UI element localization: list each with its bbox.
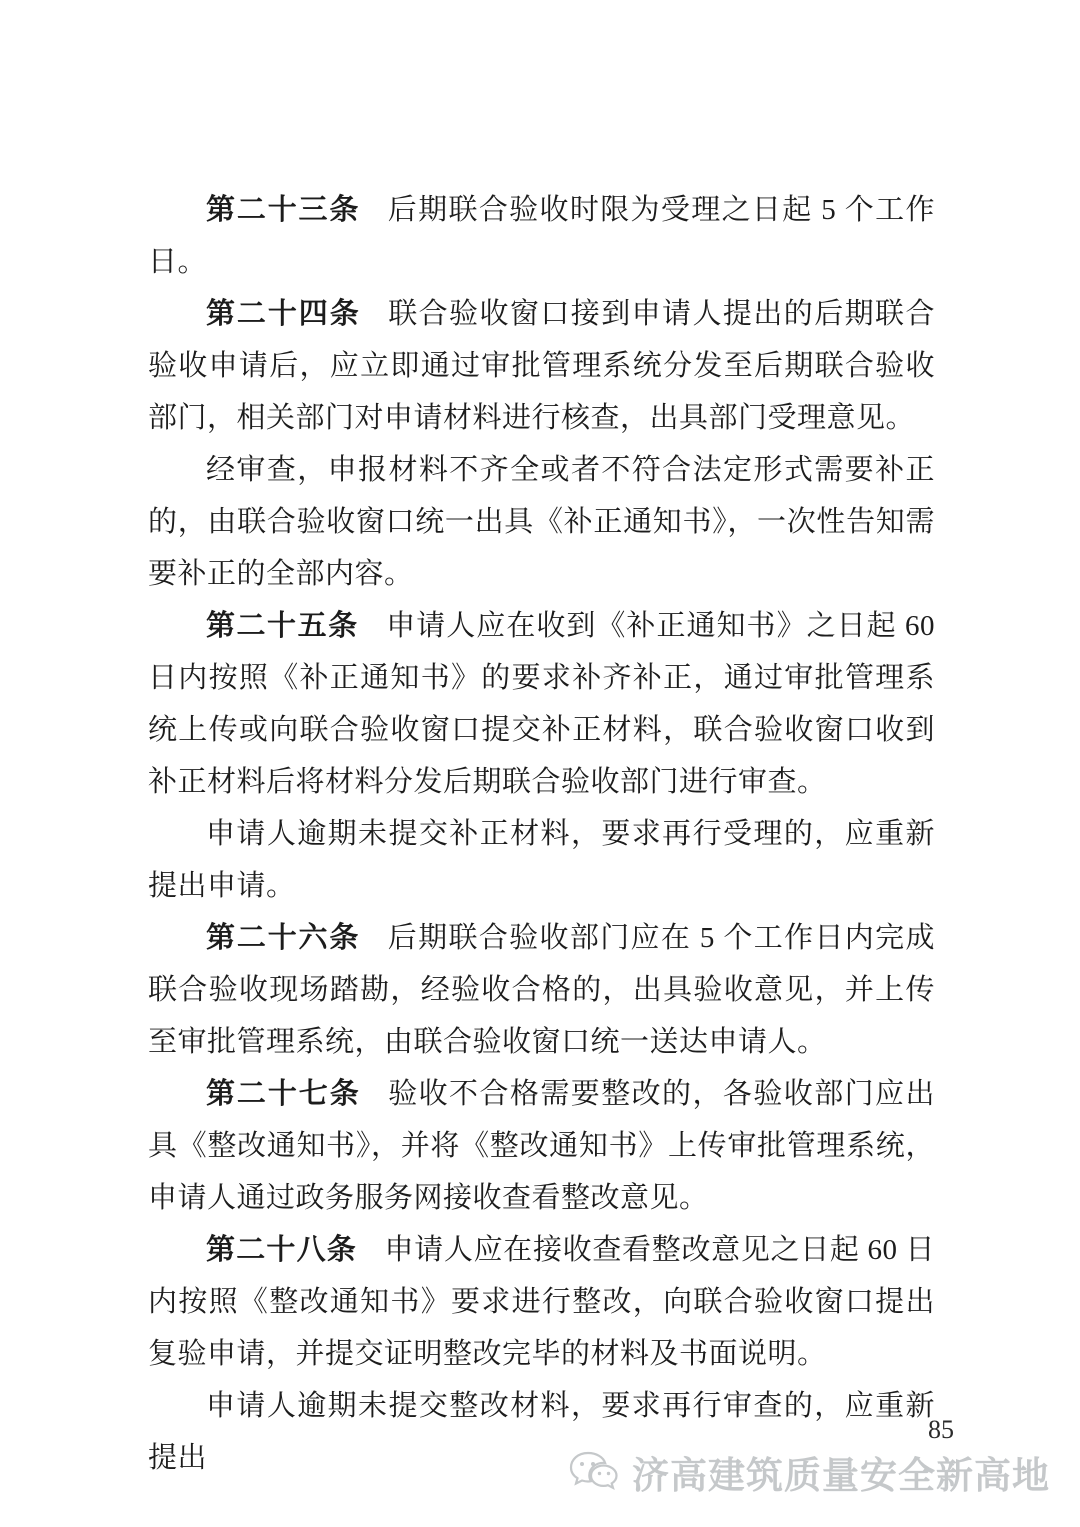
article-paragraph: 第二十四条联合验收窗口接到申请人提出的后期联合验收申请后，应立即通过审批管理系统… bbox=[148, 288, 935, 444]
article-paragraph: 第二十五条申请人应在收到《补正通知书》之日起 60 日内按照《补正通知书》的要求… bbox=[148, 600, 935, 808]
article-number: 第二十三条 bbox=[206, 194, 360, 226]
body-paragraph: 经审查，申报材料不齐全或者不符合法定形式需要补正的，由联合验收窗口统一出具《补正… bbox=[148, 444, 935, 600]
article-number: 第二十四条 bbox=[206, 298, 361, 330]
watermark-text: 济高建筑质量安全新高地 bbox=[632, 1453, 1050, 1499]
article-paragraph: 第二十六条后期联合验收部门应在 5 个工作日内完成联合验收现场踏勘，经验收合格的… bbox=[148, 912, 935, 1068]
watermark: 济高建筑质量安全新高地 bbox=[568, 1450, 1050, 1501]
document-page: 第二十三条后期联合验收时限为受理之日起 5 个工作日。第二十四条联合验收窗口接到… bbox=[0, 0, 1080, 1527]
wechat-icon bbox=[568, 1450, 624, 1501]
article-number: 第二十五条 bbox=[206, 610, 359, 642]
article-paragraph: 第二十七条验收不合格需要整改的，各验收部门应出具《整改通知书》，并将《整改通知书… bbox=[148, 1068, 935, 1224]
body-paragraph: 申请人逾期未提交补正材料，要求再行受理的，应重新提出申请。 bbox=[148, 808, 935, 912]
page-number: 85 bbox=[928, 1414, 954, 1446]
article-text: 申请人逾期未提交补正材料，要求再行受理的，应重新提出申请。 bbox=[148, 818, 935, 902]
article-number: 第二十八条 bbox=[206, 1234, 357, 1266]
article-number: 第二十七条 bbox=[206, 1078, 361, 1110]
article-paragraph: 第二十八条申请人应在接收查看整改意见之日起 60 日内按照《整改通知书》要求进行… bbox=[148, 1224, 935, 1380]
article-text: 经审查，申报材料不齐全或者不符合法定形式需要补正的，由联合验收窗口统一出具《补正… bbox=[148, 454, 935, 590]
article-paragraph: 第二十三条后期联合验收时限为受理之日起 5 个工作日。 bbox=[148, 184, 935, 288]
document-body: 第二十三条后期联合验收时限为受理之日起 5 个工作日。第二十四条联合验收窗口接到… bbox=[148, 184, 935, 1484]
article-number: 第二十六条 bbox=[206, 922, 360, 954]
